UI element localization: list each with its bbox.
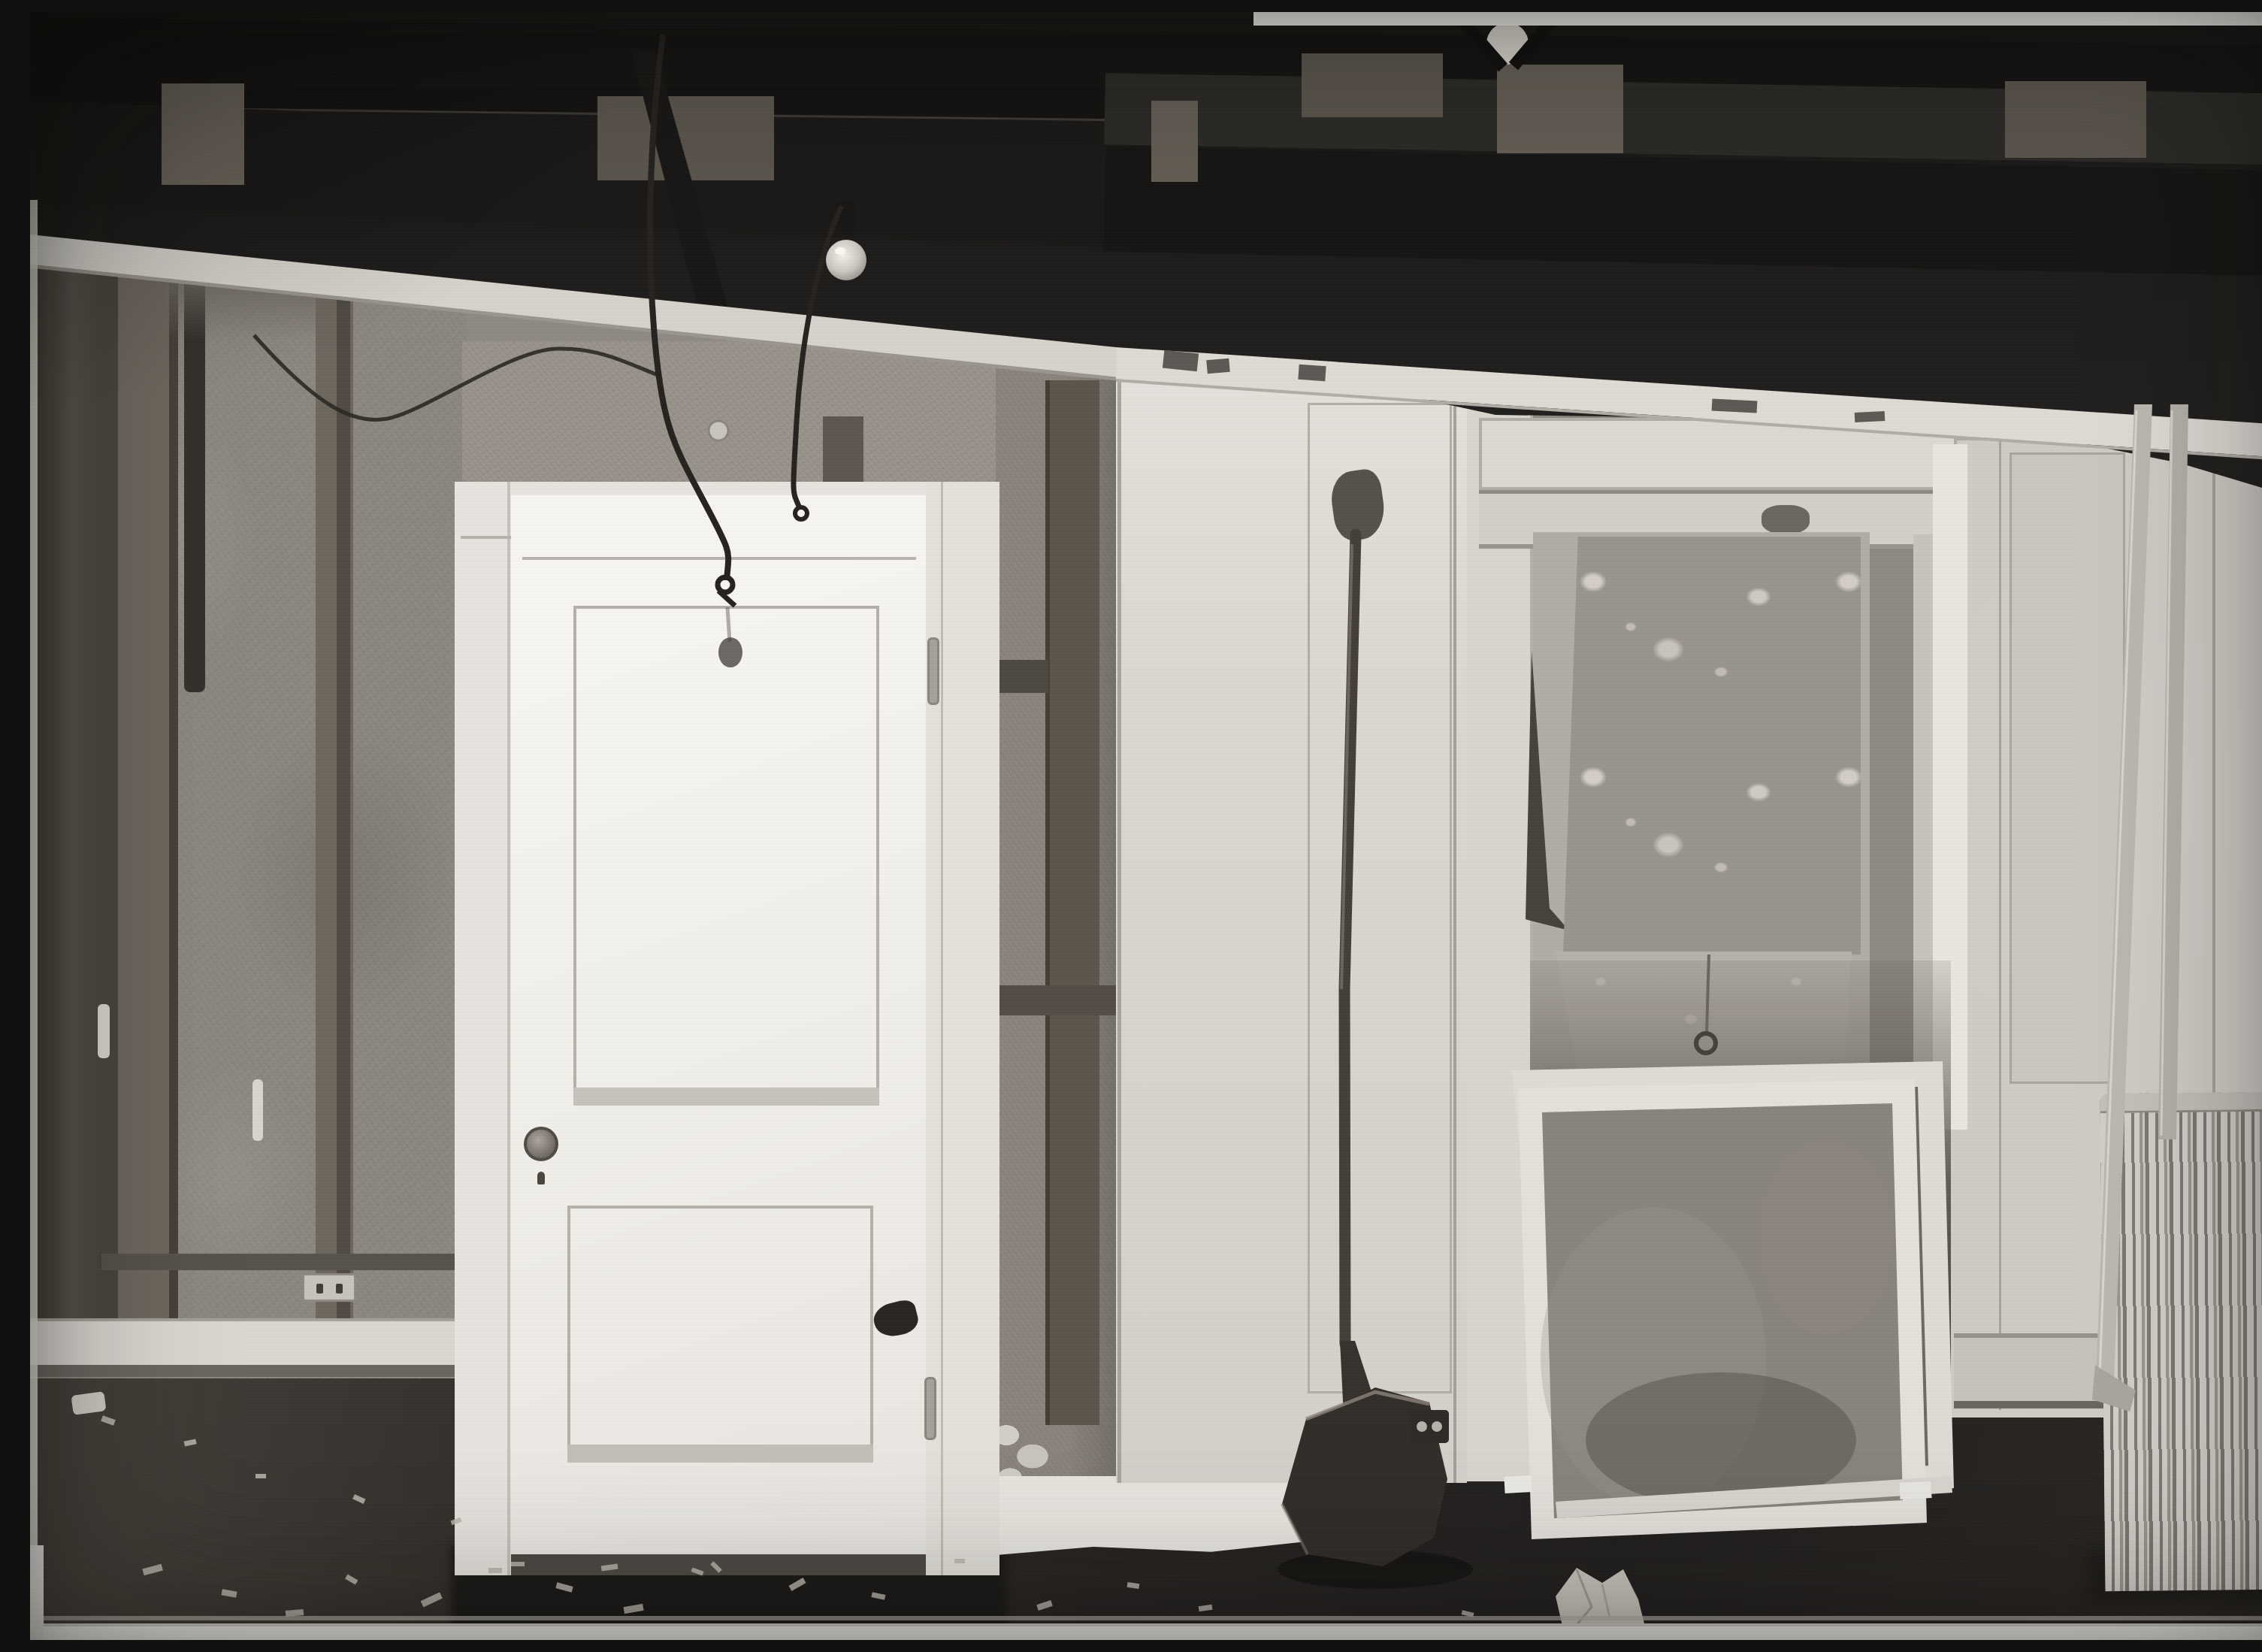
plaster-chunk xyxy=(71,1391,106,1415)
floor-debris xyxy=(101,1415,1474,1617)
photo-border-line xyxy=(30,1616,2262,1620)
steam-pipes xyxy=(2092,404,2188,1411)
storm-screens xyxy=(1504,1061,1954,1539)
cord-hook xyxy=(795,507,807,519)
corner-bracket xyxy=(1899,1481,1931,1499)
sagging-wire xyxy=(254,335,660,420)
photograph xyxy=(30,12,2262,1640)
overlay-graphics xyxy=(30,12,2262,1640)
hanging-extension-cord xyxy=(650,35,742,667)
porcelain-ceiling-fixture xyxy=(1462,20,1553,68)
corner-bracket xyxy=(1504,1475,1532,1493)
photo-border-left-wedge xyxy=(30,1545,44,1640)
photo-border-bottom xyxy=(30,1623,2262,1640)
photo-border-left xyxy=(30,200,38,1640)
cord-end-blur xyxy=(718,637,742,667)
bulb xyxy=(826,240,866,280)
wall-insulator xyxy=(709,421,728,440)
electrical-outlet-dark xyxy=(1410,1410,1449,1443)
photo-border-top xyxy=(1253,12,2262,26)
frieze-trim xyxy=(30,234,2262,458)
